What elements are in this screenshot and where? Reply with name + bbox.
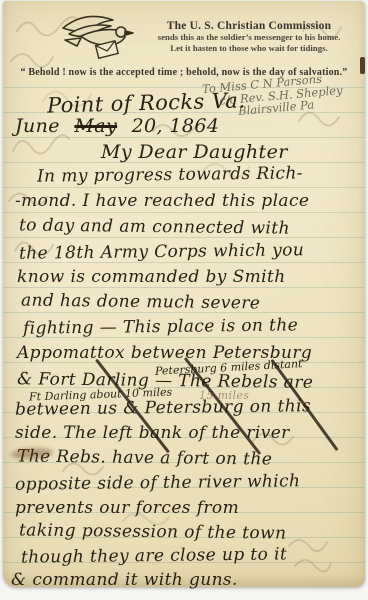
org-name: The U. S. Christian Commission (141, 20, 357, 32)
letter-line: the 18th Army Corps which you (19, 242, 304, 262)
letter-line: taking possession of the town (19, 522, 287, 542)
org-tagline-2: Let it hasten to those who wait for tidi… (141, 43, 357, 54)
letter-line: to day and am connected with (19, 217, 290, 237)
letter-line: prevents our forces from (15, 500, 239, 517)
salutation: My Dear Daughter (101, 143, 288, 162)
letter-line: The Rebs. have a fort on the (17, 448, 272, 468)
letter-line: -mond. I have reached this place (15, 193, 309, 210)
org-tagline-1: sends this as the soldier’s messenger to… (141, 32, 357, 43)
letter-paper: The U. S. Christian Commission sends thi… (3, 1, 365, 587)
place-line: Point of Rocks Va. (47, 90, 246, 116)
letter-line: & command it with guns. (11, 572, 238, 589)
letter-line: opposite side of the river which (15, 473, 301, 493)
letter-line: and has done much severe (21, 293, 260, 313)
letter-line: though they are close up to it (21, 546, 287, 566)
dove-with-letter-icon (55, 12, 137, 60)
paper-edge-nick (360, 57, 365, 74)
date-day-year: 20, 1864 (132, 115, 220, 137)
date-month: June (15, 115, 60, 137)
letter-scan: { "letterhead": { "emblem": "dove-with-l… (0, 0, 368, 600)
letter-line: fighting — This place is on the (23, 317, 298, 337)
letter-line: know is commanded by Smith (17, 269, 286, 286)
letter-line: In my progress towards Rich- (37, 165, 303, 185)
date-month-struck: May (74, 115, 117, 137)
interlinear-note-pencil-miles: 15 miles (199, 390, 249, 401)
letterhead-text: The U. S. Christian Commission sends thi… (141, 20, 357, 53)
date-line: June May 20, 1864 (15, 117, 219, 136)
